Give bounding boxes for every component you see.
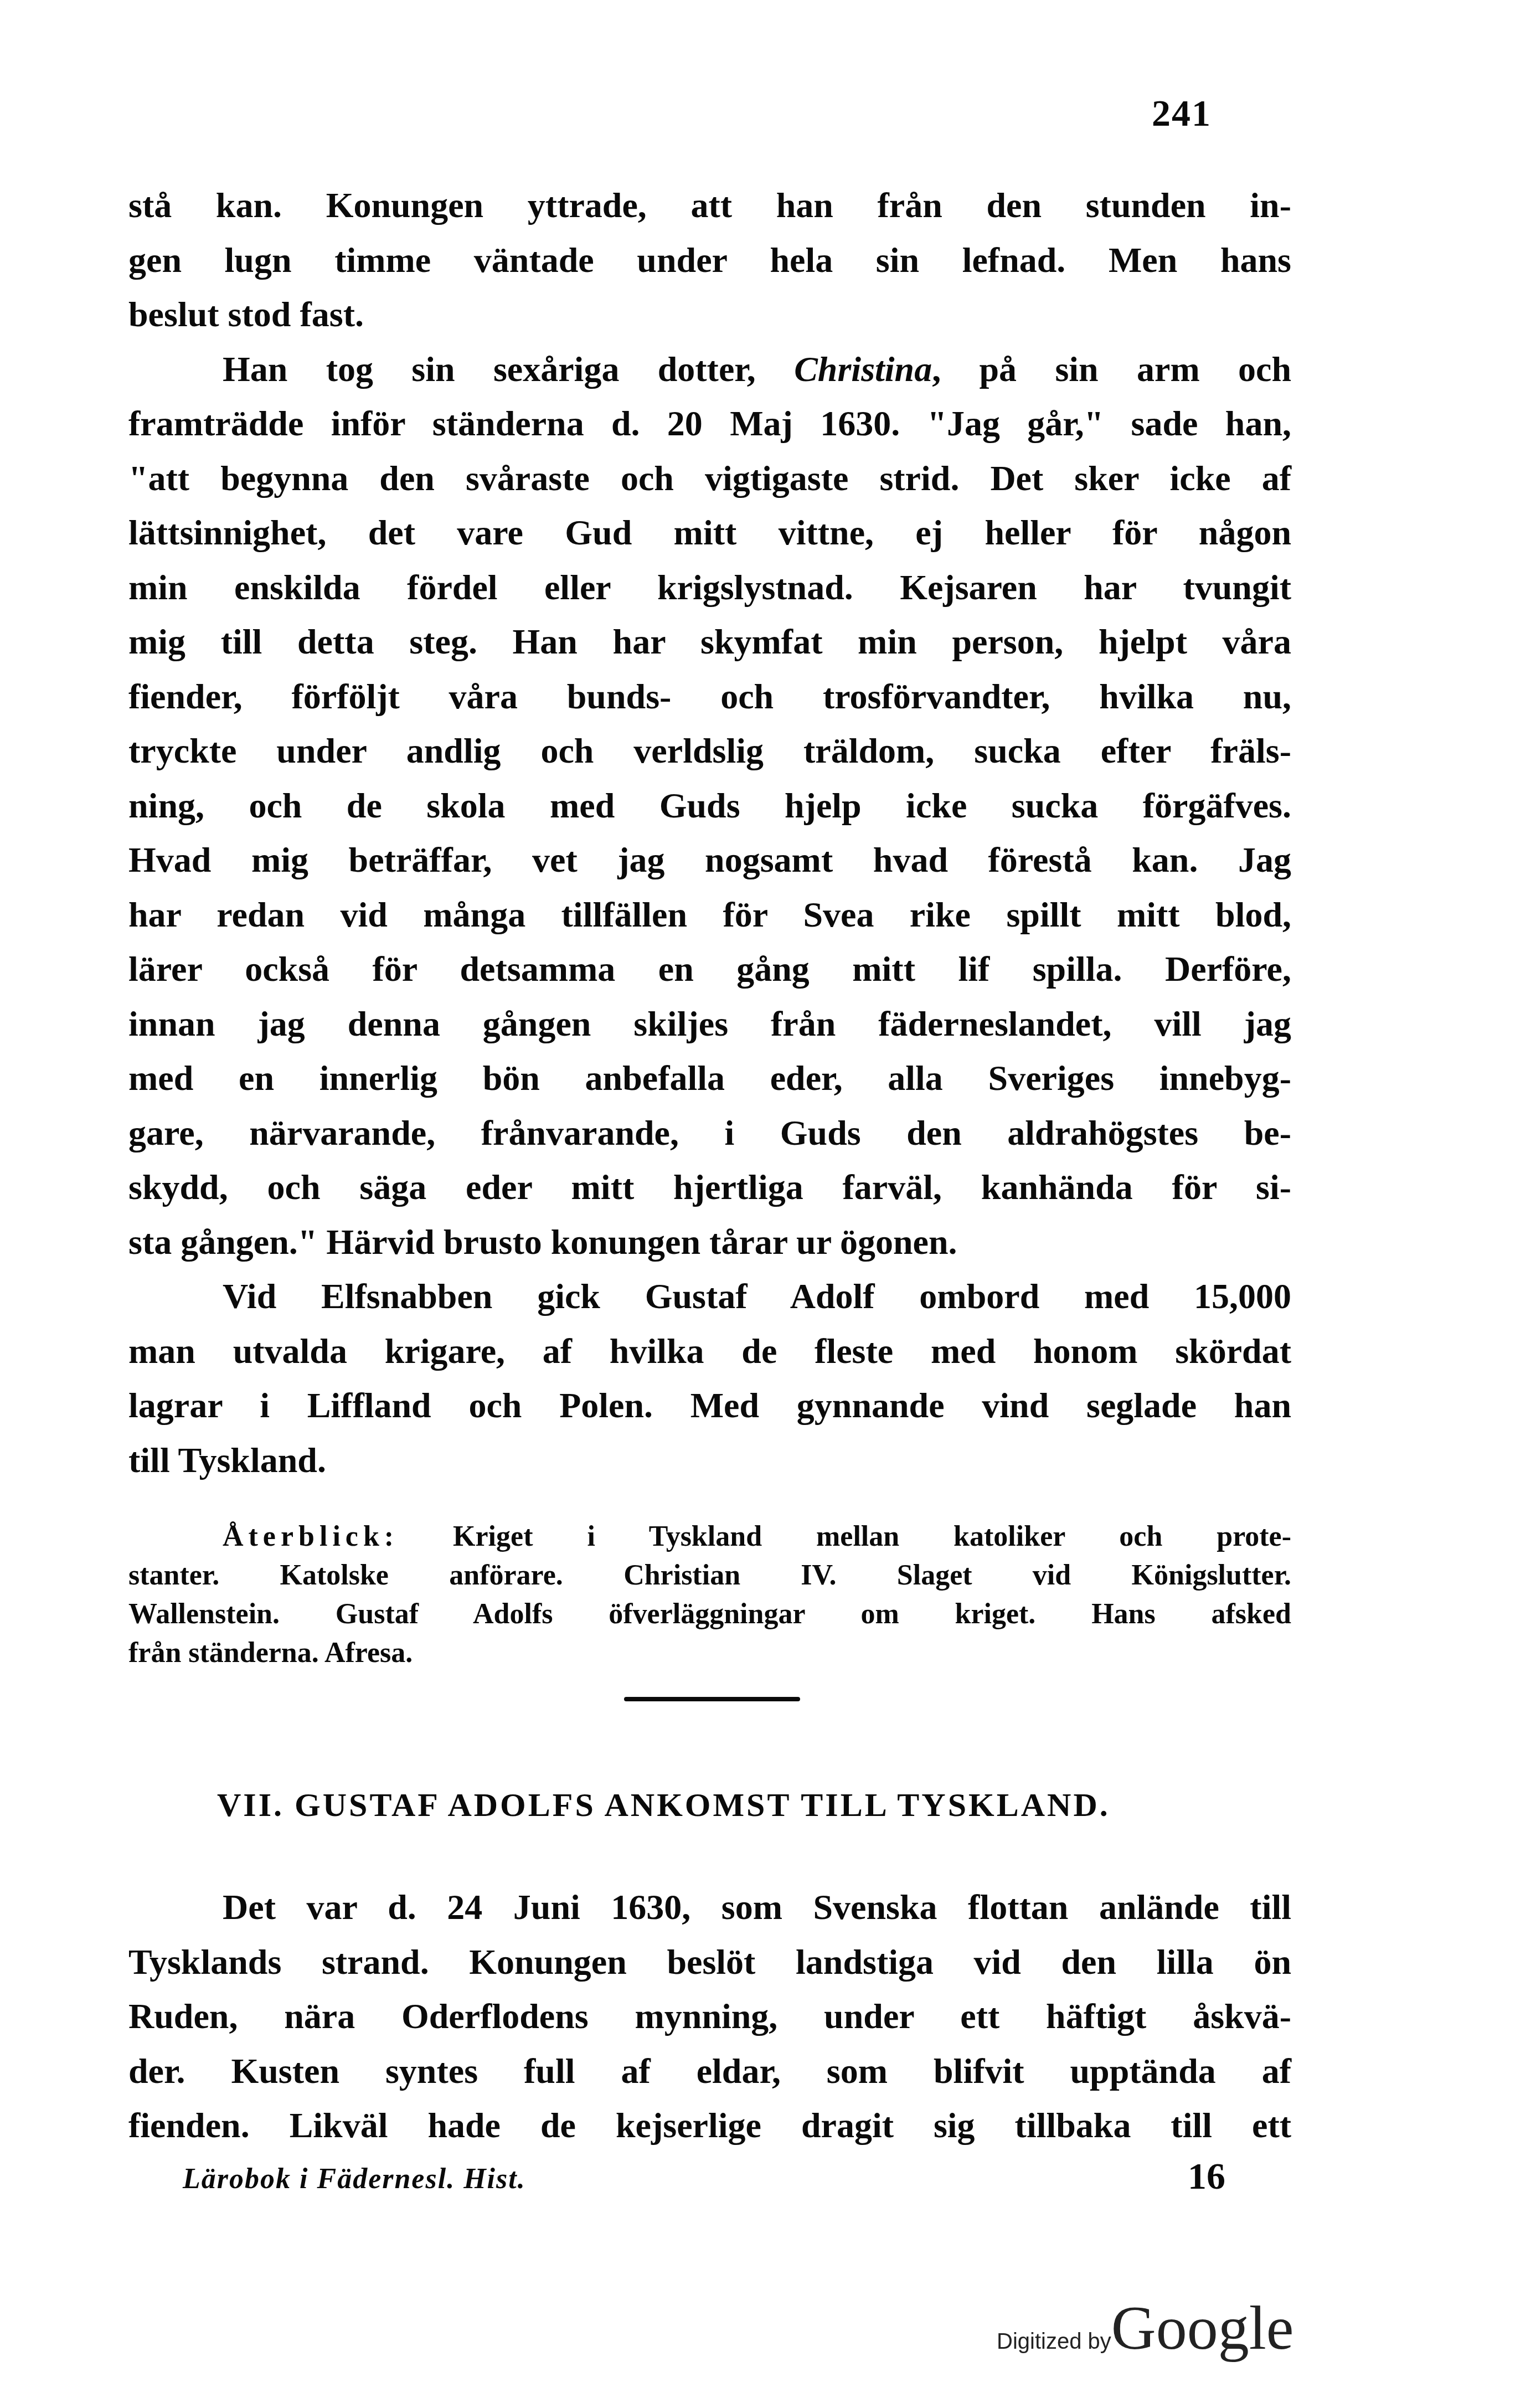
text-line: fiender, förföljt våra bunds- och trosfö… xyxy=(128,670,1291,724)
text-line: lagrar i Liffland och Polen. Med gynnand… xyxy=(128,1378,1291,1433)
text-line: med en innerlig bön anbefalla eder, alla… xyxy=(128,1051,1291,1106)
text-line: sta gången." Härvid brusto konungen tåra… xyxy=(128,1215,1291,1270)
text-line: fienden. Likväl hade de kejserlige dragi… xyxy=(128,2098,1291,2153)
chapter-heading: VII. GUSTAF ADOLFS ANKOMST TILL TYSKLAND… xyxy=(217,1786,1110,1824)
text-line: Ruden, nära Oderflodens mynning, under e… xyxy=(128,1989,1291,2044)
main-text-upper: stå kan. Konungen yttrade, att han från … xyxy=(128,178,1291,1488)
text-line: Wallenstein. Gustaf Adolfs öfverläggning… xyxy=(128,1595,1291,1634)
section-divider xyxy=(624,1697,800,1701)
text-line: skydd, och säga eder mitt hjertliga farv… xyxy=(128,1160,1291,1215)
text-line: der. Kusten syntes full af eldar, som bl… xyxy=(128,2044,1291,2099)
text-fragment: Han tog sin sexåriga dotter, xyxy=(223,349,794,389)
google-logo-text: Google xyxy=(1111,2294,1294,2363)
text-line: tryckte under andlig och verldslig träld… xyxy=(128,724,1291,779)
text-line: gen lugn timme väntade under hela sin le… xyxy=(128,233,1291,288)
recap-summary: Återblick: Kriget i Tyskland mellan kato… xyxy=(128,1517,1291,1673)
text-line: mig till detta steg. Han har skymfat min… xyxy=(128,615,1291,670)
text-line: min enskilda fördel eller krigslystnad. … xyxy=(128,560,1291,615)
text-line: Tysklands strand. Konungen beslöt landst… xyxy=(128,1935,1291,1990)
text-line: ning, och de skola med Guds hjelp icke s… xyxy=(128,779,1291,833)
text-line: lättsinnighet, det vare Gud mitt vittne,… xyxy=(128,506,1291,560)
text-line: stanter. Katolske anförare. Christian IV… xyxy=(128,1556,1291,1595)
text-line: från ständerna. Afresa. xyxy=(128,1634,1291,1673)
text-fragment: , på sin arm och xyxy=(932,349,1291,389)
text-line: Återblick: Kriget i Tyskland mellan kato… xyxy=(128,1517,1291,1556)
text-fragment: Kriget i Tyskland mellan katoliker och p… xyxy=(399,1521,1291,1552)
signature-mark: 16 xyxy=(1188,2154,1225,2198)
text-line: "att begynna den svåraste och vigtigaste… xyxy=(128,451,1291,506)
text-line: lärer också för detsamma en gång mitt li… xyxy=(128,942,1291,997)
watermark-prefix: Digitized by xyxy=(997,2329,1111,2354)
footer-book-title: Lärobok i Fädernesl. Hist. xyxy=(183,2163,526,2195)
text-line: innan jag denna gången skiljes från fäde… xyxy=(128,997,1291,1052)
text-line: gare, närvarande, frånvarande, i Guds de… xyxy=(128,1106,1291,1161)
text-line: framträdde inför ständerna d. 20 Maj 163… xyxy=(128,397,1291,451)
text-line: Vid Elfsnabben gick Gustaf Adolf ombord … xyxy=(128,1269,1291,1324)
text-line: Hvad mig beträffar, vet jag nogsamt hvad… xyxy=(128,833,1291,888)
italic-name: Christina xyxy=(794,349,932,389)
text-line: Det var d. 24 Juni 1630, som Svenska flo… xyxy=(128,1880,1291,1935)
recap-label: Återblick: xyxy=(223,1521,399,1552)
text-line: till Tyskland. xyxy=(128,1433,1291,1488)
text-line: man utvalda krigare, af hvilka de fleste… xyxy=(128,1324,1291,1379)
text-line: beslut stod fast. xyxy=(128,287,1291,342)
page-number: 241 xyxy=(1152,91,1212,135)
google-watermark: Digitized byGoogle xyxy=(997,2293,1293,2364)
text-line: Han tog sin sexåriga dotter, Christina, … xyxy=(128,342,1291,397)
main-text-lower: Det var d. 24 Juni 1630, som Svenska flo… xyxy=(128,1880,1291,2153)
text-line: har redan vid många tillfällen för Svea … xyxy=(128,888,1291,943)
text-line: stå kan. Konungen yttrade, att han från … xyxy=(128,178,1291,233)
